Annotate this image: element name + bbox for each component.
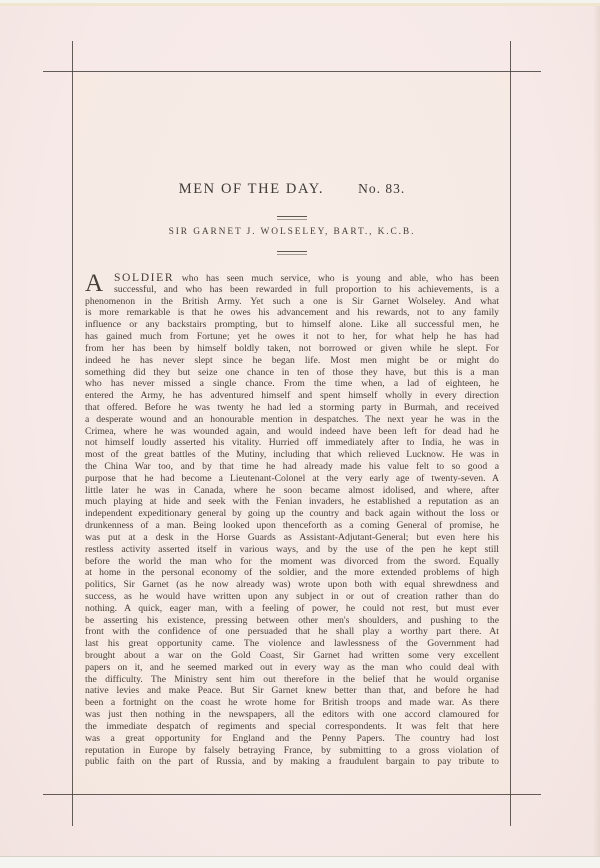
body-line: front with the confidence of one persuad… (85, 626, 499, 638)
body-line: restless activity asserted itself in var… (85, 544, 499, 556)
ornament-rule-top (277, 216, 307, 220)
body-line: indeed he has never slept since he began… (85, 355, 499, 367)
article-body: A SOLDIER who has seen much service, who… (85, 272, 499, 768)
body-line: reputation in Europe by falsely betrayin… (85, 745, 499, 757)
body-line: been a fortnight on the coast he wrote h… (85, 697, 499, 709)
body-line: native levies and make Peace. But Sir Ga… (85, 685, 499, 697)
article-subtitle: SIR GARNET J. WOLSELEY, BART., K.C.B. (73, 227, 511, 237)
body-line: little later he was in Canada, where he … (85, 485, 499, 497)
body-line: Crimea, where he was wounded again, and … (85, 426, 499, 438)
page: MEN OF THE DAY.No. 83. SIR GARNET J. WOL… (0, 3, 600, 856)
body-line: a desperate wound and an honourable ment… (85, 414, 499, 426)
body-line: independent expeditionary general by goi… (85, 508, 499, 520)
body-line: the China War too, and by that time he h… (85, 461, 499, 473)
body-line: phenomenon in the British Army. Yet such… (85, 296, 499, 308)
frame-top-rule (43, 71, 541, 72)
lead-word: SOLDIER (114, 272, 174, 284)
body-line: was put at a desk in the Horse Guards as… (85, 532, 499, 544)
body-line: was a great opportunity for England and … (85, 733, 499, 745)
body-line: that offered. Before he was twenty he ha… (85, 402, 499, 414)
body-line: successful, and who has been rewarded in… (85, 284, 499, 296)
body-line: is more remarkable is that he owes his a… (85, 307, 499, 319)
body-line: has gained much from Fortune; yet he owe… (85, 331, 499, 343)
page-title: MEN OF THE DAY.No. 83. (73, 179, 511, 199)
scan-right-edge (593, 6, 600, 859)
body-line: before the world the man who for the mom… (85, 556, 499, 568)
body-line: the immediate despatch of regiments and … (85, 721, 499, 733)
body-line: politics, Sir Garnet (as he now already … (85, 579, 499, 591)
frame-left-rule (72, 41, 73, 826)
frame-bottom-rule (43, 794, 541, 795)
scan-background: MEN OF THE DAY.No. 83. SIR GARNET J. WOL… (0, 0, 600, 868)
body-line: was just then nothing in the newspapers,… (85, 709, 499, 721)
body-line: public faith on the part of Russia, and … (85, 756, 499, 768)
body-line: purpose that he had become a Lieutenant-… (85, 473, 499, 485)
drop-cap: A (85, 272, 111, 296)
series-title: MEN OF THE DAY. (179, 181, 324, 197)
body-line: papers on it, and he seemed marked out i… (85, 662, 499, 674)
body-line: most of the great battles of the Mutiny,… (85, 449, 499, 461)
body-line: last his great opportunity came. The vio… (85, 638, 499, 650)
issue-number: No. 83. (358, 181, 405, 196)
scan-bottom-edge (0, 856, 600, 868)
body-line: success, as he would have written upon a… (85, 591, 499, 603)
body-line: nothing. A quick, eager man, with a feel… (85, 603, 499, 615)
body-line: something did they but seize one chance … (85, 367, 499, 379)
frame-right-rule (510, 41, 511, 826)
body-line: influence or any backstairs prompting, b… (85, 319, 499, 331)
body-lines: SOLDIER who has seen much service, who i… (85, 272, 499, 768)
ornament-rule-bottom (277, 251, 307, 255)
body-line: at home in the personal economy of the s… (85, 567, 499, 579)
body-line: be asserting his existence, pressing bet… (85, 615, 499, 627)
body-line: entered the Army, he has adventured hims… (85, 390, 499, 402)
body-line: brought about a war on the Gold Coast, S… (85, 650, 499, 662)
body-line: much playing at hide and seek with the F… (85, 496, 499, 508)
body-line: drunkenness of a man. Being looked upon … (85, 520, 499, 532)
body-line: not himself loudly asserted his vitality… (85, 437, 499, 449)
body-line: from her has been by himself boldly take… (85, 343, 499, 355)
scan-top-edge (0, 3, 600, 6)
body-line: SOLDIER who has seen much service, who i… (85, 272, 499, 284)
body-line: who has never missed a single chance. Fr… (85, 378, 499, 390)
body-line: the difficulty. The Ministry sent him ou… (85, 674, 499, 686)
